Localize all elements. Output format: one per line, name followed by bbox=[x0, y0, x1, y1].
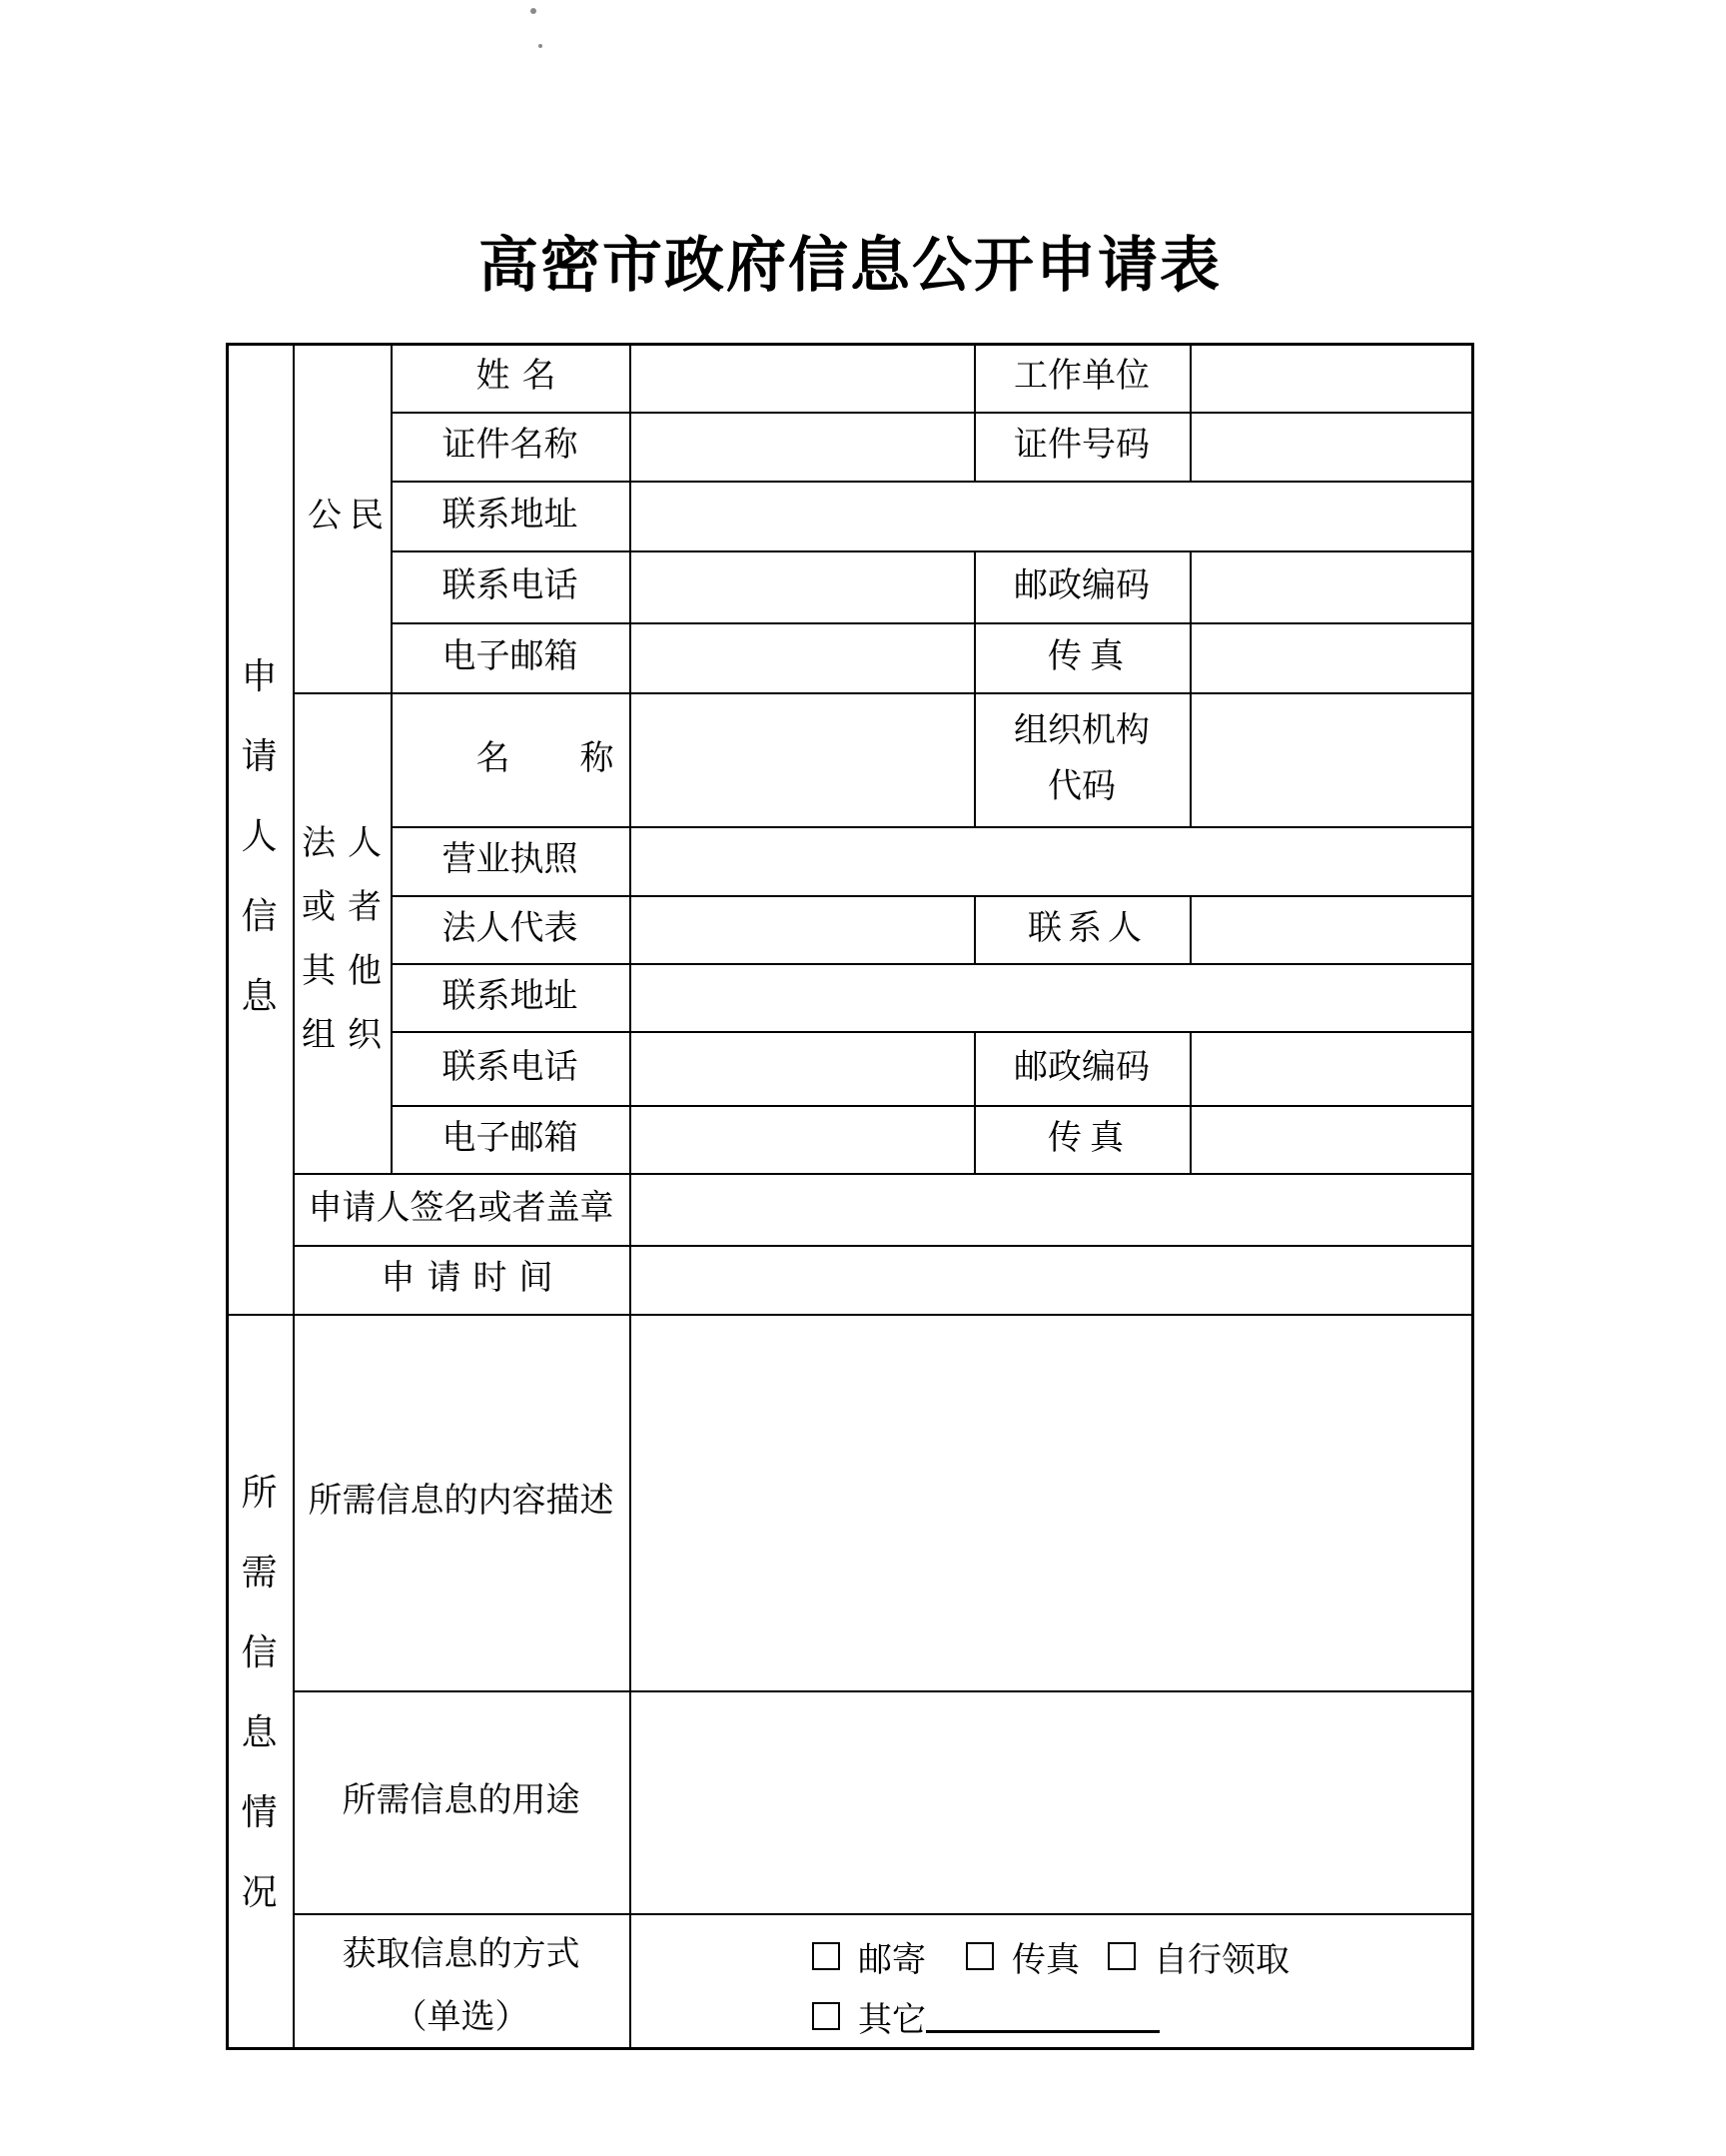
label-citizen-address: 联系地址 bbox=[391, 481, 629, 550]
field-legal-postcode[interactable] bbox=[1192, 1033, 1471, 1105]
grid-line bbox=[1471, 343, 1474, 2050]
option-label-fax: 传真 bbox=[1012, 1932, 1080, 1981]
other-fill-in-line[interactable] bbox=[926, 2000, 1160, 2033]
field-content-description[interactable] bbox=[631, 1316, 1471, 1690]
field-citizen-work-unit[interactable] bbox=[1192, 345, 1471, 412]
group-label-citizen: 公民 bbox=[293, 497, 399, 537]
field-signature[interactable] bbox=[631, 1175, 1471, 1245]
method-options-row1: 邮寄 传真 自行领取 bbox=[812, 1936, 1290, 1976]
label-citizen-postcode: 邮政编码 bbox=[974, 550, 1190, 622]
label-legal-contact: 联系人 bbox=[974, 895, 1196, 963]
field-citizen-id-name[interactable] bbox=[631, 414, 974, 481]
group-label-legal-line: 组织 bbox=[290, 1004, 394, 1068]
field-legal-org-code[interactable] bbox=[1192, 694, 1471, 826]
field-citizen-fax[interactable] bbox=[1192, 624, 1471, 692]
group-label-legal-line: 其他 bbox=[290, 940, 394, 1004]
field-citizen-email[interactable] bbox=[631, 624, 974, 692]
label-legal-org-code-line2: 代码 bbox=[1048, 759, 1116, 815]
option-label-mail: 邮寄 bbox=[858, 1932, 926, 1981]
label-legal-address: 联系地址 bbox=[391, 963, 629, 1031]
group-label-legal-person: 法人 或者 其他 组织 bbox=[293, 812, 391, 1068]
section-header-needed-info: 所需信息情况 bbox=[226, 1453, 293, 1932]
label-citizen-work-unit: 工作单位 bbox=[974, 343, 1190, 412]
label-legal-org-code-line1: 组织机构 bbox=[1014, 703, 1150, 759]
checkbox-other-icon[interactable] bbox=[812, 2002, 840, 2030]
checkbox-mail-icon[interactable] bbox=[812, 1942, 840, 1970]
field-citizen-phone[interactable] bbox=[631, 552, 974, 622]
scanned-application-form: 高密市政府信息公开申请表 申请人信息 所需信息情况 公民 法人 或者 其他 组织… bbox=[0, 0, 1726, 2156]
label-content-description: 所需信息的内容描述 bbox=[293, 1314, 629, 1690]
field-legal-email[interactable] bbox=[631, 1107, 974, 1173]
label-citizen-email: 电子邮箱 bbox=[391, 622, 629, 692]
checkbox-fax-icon[interactable] bbox=[966, 1942, 994, 1970]
label-citizen-fax: 传真 bbox=[974, 622, 1198, 692]
field-citizen-name[interactable] bbox=[631, 345, 974, 412]
label-legal-email: 电子邮箱 bbox=[391, 1105, 629, 1173]
label-citizen-phone: 联系电话 bbox=[391, 550, 629, 622]
label-method-line1: 获取信息的方式 bbox=[293, 1933, 629, 1977]
label-purpose: 所需信息的用途 bbox=[293, 1690, 629, 1913]
label-method-line2: （单选） bbox=[293, 1996, 629, 2040]
method-options-row2: 其它 bbox=[812, 1996, 1160, 2036]
label-citizen-id-number: 证件号码 bbox=[974, 412, 1190, 481]
field-legal-phone[interactable] bbox=[631, 1033, 974, 1105]
field-legal-license[interactable] bbox=[631, 828, 1471, 895]
field-citizen-address[interactable] bbox=[631, 483, 1471, 550]
label-legal-phone: 联系电话 bbox=[391, 1031, 629, 1105]
section-header-applicant: 申请人信息 bbox=[226, 636, 293, 1036]
field-legal-fax[interactable] bbox=[1192, 1107, 1471, 1173]
checkbox-self-pickup-icon[interactable] bbox=[1108, 1942, 1136, 1970]
label-signature: 申请人签名或者盖章 bbox=[293, 1173, 629, 1245]
label-citizen-id-name: 证件名称 bbox=[391, 412, 629, 481]
field-legal-representative[interactable] bbox=[631, 897, 974, 963]
field-citizen-id-number[interactable] bbox=[1192, 414, 1471, 481]
label-legal-org-code: 组织机构 代码 bbox=[974, 692, 1190, 826]
method-options-cell: 邮寄 传真 自行领取 其它 bbox=[629, 1913, 1474, 2050]
field-apply-time[interactable] bbox=[631, 1247, 1471, 1314]
scan-speck bbox=[530, 8, 536, 14]
field-legal-name[interactable] bbox=[631, 694, 974, 826]
label-legal-fax: 传真 bbox=[974, 1105, 1198, 1173]
option-label-self-pickup: 自行领取 bbox=[1154, 1932, 1290, 1981]
label-legal-postcode: 邮政编码 bbox=[974, 1031, 1190, 1105]
page-title: 高密市政府信息公开申请表 bbox=[226, 218, 1474, 304]
label-apply-time: 申请时间 bbox=[293, 1245, 641, 1314]
field-citizen-postcode[interactable] bbox=[1192, 552, 1471, 622]
label-legal-license: 营业执照 bbox=[391, 826, 629, 895]
option-label-other: 其它 bbox=[858, 1992, 926, 2041]
label-legal-representative: 法人代表 bbox=[391, 895, 629, 963]
field-purpose[interactable] bbox=[631, 1692, 1471, 1913]
scan-speck bbox=[538, 44, 542, 48]
field-legal-address[interactable] bbox=[631, 965, 1471, 1031]
field-legal-contact[interactable] bbox=[1192, 897, 1471, 963]
label-citizen-name: 姓名 bbox=[391, 343, 641, 412]
group-label-legal-line: 法人 bbox=[290, 812, 394, 876]
group-label-legal-line: 或者 bbox=[290, 876, 394, 940]
